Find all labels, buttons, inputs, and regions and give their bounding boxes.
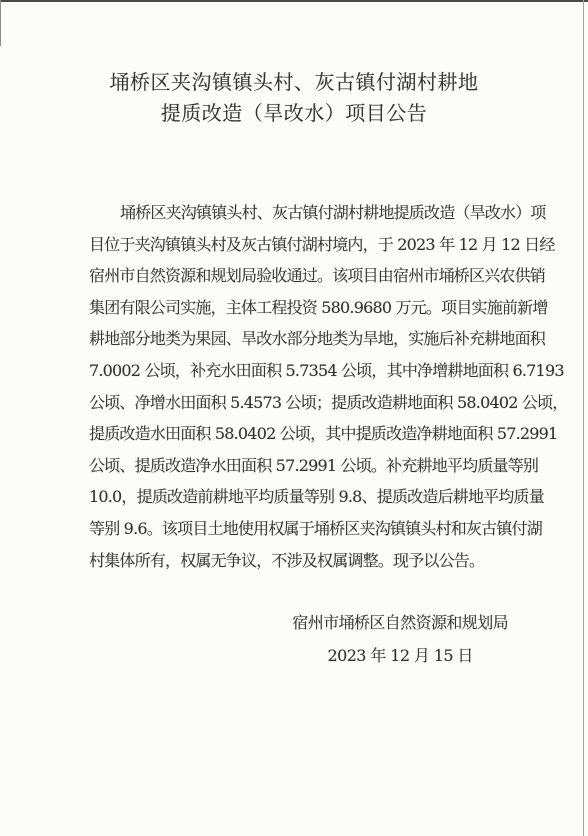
body-line: 7.0002 公顷，补充水田面积 5.7354 公顷，其中净增耕地面积 6.71… [89,355,551,387]
body-line: 提质改造水田面积 58.0402 公顷，其中提质改造净耕地面积 57.2991 [89,418,551,450]
body-line: 公顷、提质改造净水田面积 57.2991 公顷。补充耕地平均质量等别 [89,450,551,482]
scan-edge-top [0,0,588,2]
body-line: 宿州市自然资源和规划局验收通过。该项目由宿州市埇桥区兴农供销 [89,260,551,292]
signature-date: 2023 年 12 月 15 日 [292,639,508,672]
signature-agency: 宿州市埇桥区自然资源和规划局 [292,606,508,639]
body-line: 等别 9.6。该项目土地使用权属于埇桥区夹沟镇镇头村和灰古镇付湖 [89,513,551,545]
document-page: 埇桥区夹沟镇镇头村、灰古镇付湖村耕地 提质改造（旱改水）项目公告 埇桥区夹沟镇镇… [0,0,588,836]
body-line: 耕地部分地类为果园、旱改水部分地类为旱地，实施后补充耕地面积 [89,323,551,355]
body-line: 10.0，提质改造前耕地平均质量等别 9.8、提质改造后耕地平均质量 [89,481,551,513]
body-line: 村集体所有，权属无争议，不涉及权属调整。现予以公告。 [89,545,551,577]
signature-block: 宿州市埇桥区自然资源和规划局 2023 年 12 月 15 日 [292,606,508,672]
document-title: 埇桥区夹沟镇镇头村、灰古镇付湖村耕地 提质改造（旱改水）项目公告 [0,67,588,129]
body-line: 集团有限公司实施，主体工程投资 580.9680 万元。项目实施前新增 [89,292,551,324]
scan-edge-left [0,0,1,46]
title-line-2: 提质改造（旱改水）项目公告 [0,98,588,129]
body-line: 目位于夹沟镇镇头村及灰古镇付湖村境内，于 2023 年 12 月 12 日经 [89,229,551,261]
body-line: 公顷、净增水田面积 5.4573 公顷；提质改造耕地面积 58.0402 公顷， [89,387,551,419]
title-line-1: 埇桥区夹沟镇镇头村、灰古镇付湖村耕地 [0,67,588,98]
document-body: 埇桥区夹沟镇镇头村、灰古镇付湖村耕地提质改造（旱改水）项 目位于夹沟镇镇头村及灰… [89,197,551,576]
body-line: 埇桥区夹沟镇镇头村、灰古镇付湖村耕地提质改造（旱改水）项 [89,197,551,229]
